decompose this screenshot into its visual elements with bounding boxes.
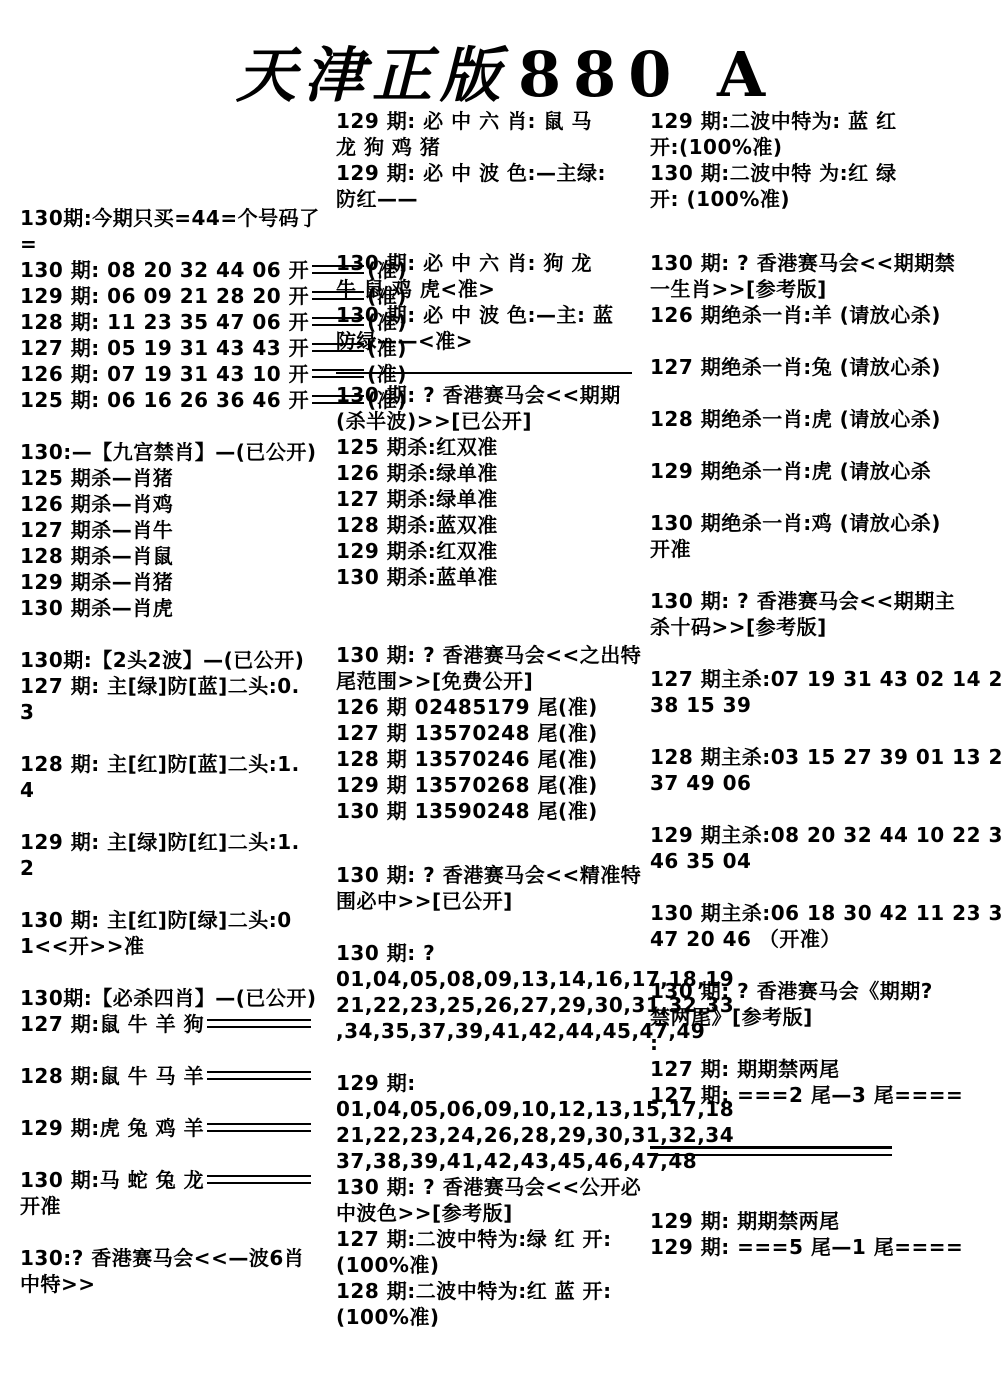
text-line: 130 期绝杀一肖:鸡 (请放心杀) — [650, 510, 1000, 536]
spacer — [20, 413, 335, 439]
spacer — [20, 959, 335, 985]
text-line: 130 期: ? — [336, 940, 638, 966]
text-line: 一生肖>>[参考版] — [650, 276, 1000, 302]
text-line: 130期:【2头2波】—(已公开) — [20, 647, 335, 673]
text-line: 126 期杀:绿单准 — [336, 460, 638, 486]
double-separator-line — [650, 1146, 1000, 1156]
text-segment: 127 期: 05 19 31 43 43 开 — [20, 336, 309, 360]
text-line: 130:—【九宫禁肖】—(已公开) — [20, 439, 335, 465]
text-line: 130期:【必杀四肖】—(已公开) — [20, 985, 335, 1011]
spacer — [336, 1044, 638, 1070]
spacer — [336, 616, 638, 642]
text-line: 129 期:二波中特为: 蓝 红 — [650, 108, 1000, 134]
title-number: 880 A — [518, 38, 777, 111]
text-line: 129 期主杀:08 20 32 44 10 22 34 — [650, 822, 1000, 848]
text-line: 129 期: 06 09 21 28 20 开(准) — [20, 283, 335, 309]
text-line: 127 期绝杀一肖:兔 (请放心杀) — [650, 354, 1000, 380]
text-line: 127 期主杀:07 19 31 43 02 14 26 — [650, 666, 1000, 692]
text-line: 129 期: ===5 尾—1 尾==== — [650, 1234, 1000, 1260]
spacer — [650, 640, 1000, 666]
text-line: 21,22,23,25,26,27,29,30,31,32,33 — [336, 992, 638, 1018]
text-line: 129 期: 必 中 六 肖: 鼠 马 — [336, 108, 638, 134]
text-line: 130 期: 必 中 六 肖: 狗 龙 — [336, 250, 638, 276]
text-line: 130 期: ? 香港赛马会<<期期禁 — [650, 250, 1000, 276]
text-line: 130 期: ? 香港赛马会<<精准特 — [336, 862, 638, 888]
text-line: 129 期: 期期禁两尾 — [650, 1208, 1000, 1234]
text-line: 127 期: 05 19 31 43 43 开(准) — [20, 335, 335, 361]
separator-line — [336, 366, 638, 382]
text-line: 开:(100%准) — [650, 134, 1000, 160]
spacer — [650, 432, 1000, 458]
spacer — [20, 1037, 335, 1063]
spacer — [20, 803, 335, 829]
text-line: 130 期杀—肖虎 — [20, 595, 335, 621]
text-line: 4 — [20, 777, 335, 803]
text-line: 130 期:二波中特 为:红 绿 — [650, 160, 1000, 186]
spacer — [650, 718, 1000, 744]
text-segment: 129 期:虎 兔 鸡 羊 — [20, 1116, 204, 1140]
text-line: 127 期:二波中特为:绿 红 开: — [336, 1226, 638, 1252]
double-line-icon — [207, 1123, 311, 1132]
spacer — [650, 796, 1000, 822]
spacer — [650, 238, 1000, 250]
spacer — [650, 1156, 1000, 1182]
text-line: 125 期杀—肖猪 — [20, 465, 335, 491]
text-line: 129 期杀—肖猪 — [20, 569, 335, 595]
text-line: 开准 — [650, 536, 1000, 562]
spacer — [650, 952, 1000, 978]
text-line: 46 35 04 — [650, 848, 1000, 874]
spacer — [336, 590, 638, 616]
spacer — [336, 354, 638, 366]
text-line: 127 期:鼠 牛 羊 狗 — [20, 1011, 335, 1037]
text-line: 129 期杀:红双准 — [336, 538, 638, 564]
text-line: 126 期杀—肖鸡 — [20, 491, 335, 517]
text-segment: 130 期:马 蛇 兔 龙 — [20, 1168, 204, 1192]
text-line: 龙 狗 鸡 猪 — [336, 134, 638, 160]
text-line: 杀十码>>[参考版] — [650, 614, 1000, 640]
title-chinese: 天津正版 — [236, 41, 508, 111]
text-line: 中特>> — [20, 1271, 335, 1297]
text-line: 3 — [20, 699, 335, 725]
spacer — [650, 328, 1000, 354]
text-line: 126 期 02485179 尾(准) — [336, 694, 638, 720]
text-line: 130 期: ? 香港赛马会<<期期主 — [650, 588, 1000, 614]
text-line: 防绿——<准> — [336, 328, 638, 354]
text-line: 21,22,23,24,26,28,29,30,31,32,34 — [336, 1122, 638, 1148]
spacer — [20, 1089, 335, 1115]
text-line: 126 期绝杀一肖:羊 (请放心杀) — [650, 302, 1000, 328]
text-line: ,34,35,37,39,41,42,44,45,47,49 — [336, 1018, 638, 1044]
text-line: 130 期主杀:06 18 30 42 11 23 35 — [650, 900, 1000, 926]
text-line: 130 期: ? 香港赛马会<<之出特 — [336, 642, 638, 668]
spacer — [20, 725, 335, 751]
spacer — [336, 824, 638, 850]
text-line: 中波色>>[参考版] — [336, 1200, 638, 1226]
text-line: 127 期杀:绿单准 — [336, 486, 638, 512]
column-middle: 129 期: 必 中 六 肖: 鼠 马龙 狗 鸡 猪129 期: 必 中 波 色… — [336, 108, 638, 1330]
text-line: 128 期: 11 23 35 47 06 开(准) — [20, 309, 335, 335]
text-line: 01,04,05,08,09,13,14,16,17,18,19 — [336, 966, 638, 992]
text-line: 围必中>>[已公开] — [336, 888, 638, 914]
double-line-icon — [650, 1146, 892, 1156]
text-line: 38 15 39 — [650, 692, 1000, 718]
text-line: 129 期: 主[绿]防[红]二头:1. — [20, 829, 335, 855]
text-line: 开准 — [20, 1193, 335, 1219]
text-line: 128 期杀—肖鼠 — [20, 543, 335, 569]
text-line: 129 期 13570268 尾(准) — [336, 772, 638, 798]
text-line: 130 期: ? 香港赛马会<<期期 — [336, 382, 638, 408]
spacer — [650, 1182, 1000, 1208]
text-line: 127 期: 主[绿]防[蓝]二头:0. — [20, 673, 335, 699]
text-line: 130 期: ? 香港赛马会<<公开必 — [336, 1174, 638, 1200]
spacer — [336, 212, 638, 238]
text-line: 127 期: ===2 尾—3 尾==== — [650, 1082, 1000, 1108]
double-line-icon — [207, 1175, 311, 1184]
text-line: (100%准) — [336, 1304, 638, 1330]
text-line: 01,04,05,06,09,10,12,13,15,17,18 — [336, 1096, 638, 1122]
text-line: 130期:今期只买=44=个号码了 — [20, 205, 335, 231]
text-line: 130:? 香港赛马会<<—波6肖 — [20, 1245, 335, 1271]
text-line: 130 期: 主[红]防[绿]二头:0 — [20, 907, 335, 933]
text-line: = — [20, 231, 335, 257]
text-line: 128 期主杀:03 15 27 39 01 13 25 — [650, 744, 1000, 770]
spacer — [650, 562, 1000, 588]
text-line: 128 期杀:蓝双准 — [336, 512, 638, 538]
page-title: 天津正版880 A — [236, 28, 777, 114]
text-line: 129 期:虎 兔 鸡 羊 — [20, 1115, 335, 1141]
double-line-icon — [207, 1071, 311, 1080]
text-line: 128 期 13570246 尾(准) — [336, 746, 638, 772]
scanned-lottery-sheet: 天津正版880 A 130期:今期只买=44=个号码了=130 期: 08 20… — [0, 0, 1002, 1388]
text-line: 130 期 13590248 尾(准) — [336, 798, 638, 824]
spacer — [336, 850, 638, 862]
spacer — [20, 621, 335, 647]
text-line: 37 49 06 — [650, 770, 1000, 796]
text-line: 47 20 46 （开准） — [650, 926, 1000, 952]
column-left: 130期:今期只买=44=个号码了=130 期: 08 20 32 44 06 … — [20, 205, 335, 1297]
text-line: 2 — [20, 855, 335, 881]
text-line: 防红—— — [336, 186, 638, 212]
spacer — [650, 212, 1000, 238]
text-segment: 128 期: 11 23 35 47 06 开 — [20, 310, 309, 334]
text-segment: 126 期: 07 19 31 43 10 开 — [20, 362, 309, 386]
spacer — [336, 238, 638, 250]
text-line: 129 期: — [336, 1070, 638, 1096]
spacer — [650, 484, 1000, 510]
double-line-icon — [207, 1019, 311, 1028]
text-line: 开: (100%准) — [650, 186, 1000, 212]
spacer — [20, 1141, 335, 1167]
text-line: 130 期:马 蛇 兔 龙 — [20, 1167, 335, 1193]
text-line: 127 期 13570248 尾(准) — [336, 720, 638, 746]
text-line: 129 期绝杀一肖:虎 (请放心杀 — [650, 458, 1000, 484]
text-segment: 130 期: 08 20 32 44 06 开 — [20, 258, 309, 282]
text-line: 130 期: 必 中 波 色:—主: 蓝 — [336, 302, 638, 328]
column-right: 129 期:二波中特为: 蓝 红开:(100%准)130 期:二波中特 为:红 … — [650, 108, 1000, 1260]
text-line: 37,38,39,41,42,43,45,46,47,48 — [336, 1148, 638, 1174]
text-segment: 125 期: 06 16 26 36 46 开 — [20, 388, 309, 412]
text-segment: 128 期:鼠 牛 马 羊 — [20, 1064, 204, 1088]
spacer — [650, 1108, 1000, 1134]
text-line: 128 期绝杀一肖:虎 (请放心杀) — [650, 406, 1000, 432]
spacer — [20, 881, 335, 907]
text-line: 128 期:二波中特为:红 蓝 开: — [336, 1278, 638, 1304]
text-line: 127 期杀—肖牛 — [20, 517, 335, 543]
spacer — [650, 874, 1000, 900]
text-segment: 127 期:鼠 牛 羊 狗 — [20, 1012, 204, 1036]
text-line: 128 期:鼠 牛 马 羊 — [20, 1063, 335, 1089]
text-line: 128 期: 主[红]防[蓝]二头:1. — [20, 751, 335, 777]
text-line: 1<<开>>准 — [20, 933, 335, 959]
text-line: 126 期: 07 19 31 43 10 开(准) — [20, 361, 335, 387]
text-line: 125 期杀:红双准 — [336, 434, 638, 460]
text-line: 127 期: 期期禁两尾 — [650, 1056, 1000, 1082]
text-line: 牛 鼠 鸡 虎<准> — [336, 276, 638, 302]
text-line: 130 期杀:蓝单准 — [336, 564, 638, 590]
text-segment: 129 期: 06 09 21 28 20 开 — [20, 284, 309, 308]
text-line: (100%准) — [336, 1252, 638, 1278]
text-line: 尾范围>>[免费公开] — [336, 668, 638, 694]
text-line: 130 期: ? 香港赛马会《期期? — [650, 978, 1000, 1004]
text-line: 125 期: 06 16 26 36 46 开(准) — [20, 387, 335, 413]
text-line: : — [650, 1030, 1000, 1056]
text-line: 129 期: 必 中 波 色:—主绿: — [336, 160, 638, 186]
spacer — [336, 914, 638, 940]
spacer — [20, 1219, 335, 1245]
text-line: 130 期: 08 20 32 44 06 开(准) — [20, 257, 335, 283]
spacer — [650, 380, 1000, 406]
spacer — [650, 1134, 1000, 1146]
text-line: (杀半波)>>[已公开] — [336, 408, 638, 434]
text-line: 禁两尾》[参考版] — [650, 1004, 1000, 1030]
